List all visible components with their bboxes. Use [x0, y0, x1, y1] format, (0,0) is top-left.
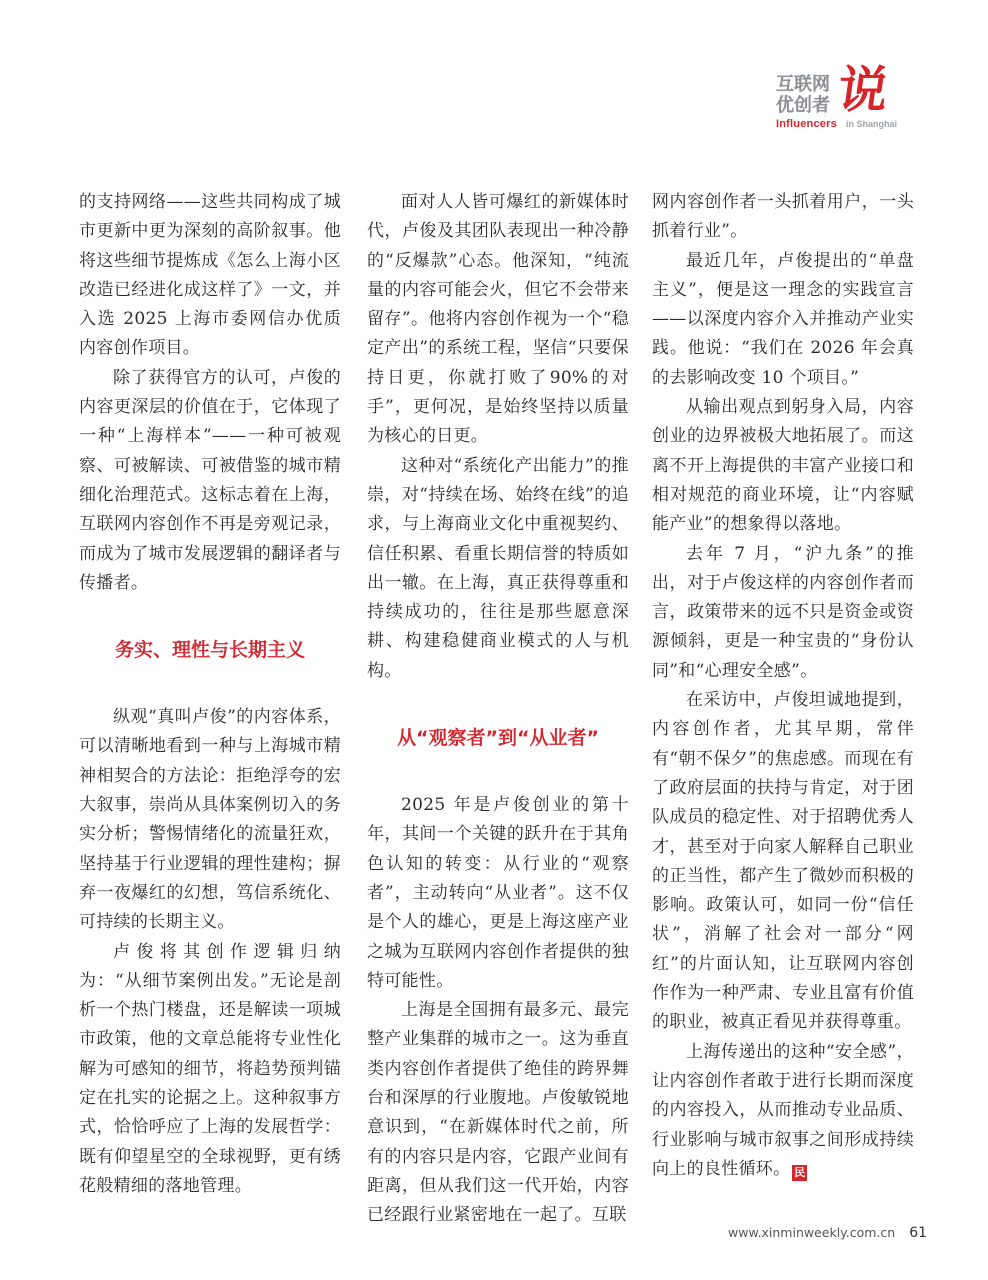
- paragraph-final-text: 上海传递出的这种“安全感”，让内容创作者敢于进行长期而深度的内容投入，从而推动专…: [652, 1042, 914, 1179]
- article-column-1: 的支持网络——这些共同构成了城市更新中更为深刻的高阶叙事。他将这些细节提炼成《怎…: [79, 188, 341, 1201]
- paragraph: 上海是全国拥有最多元、最完整产业集群的城市之一。这为垂直类内容创作者提供了绝佳的…: [367, 996, 629, 1230]
- logo-english-left: Influencers: [776, 118, 837, 130]
- section-heading: 务实、理性与长期主义: [79, 636, 341, 665]
- paragraph-final: 上海传递出的这种“安全感”，让内容创作者敢于进行长期而深度的内容投入，从而推动专…: [652, 1038, 914, 1184]
- paragraph: 卢俊将其创作逻辑归纳为：“从细节案例出发。”无论是剖析一个热门楼盘，还是解读一项…: [79, 938, 341, 1202]
- article-column-2: 面对人人皆可爆红的新媒体时代，卢俊及其团队表现出一种冷静的“反爆款”心态。他深知…: [367, 188, 629, 1231]
- paragraph: 面对人人皆可爆红的新媒体时代，卢俊及其团队表现出一种冷静的“反爆款”心态。他深知…: [367, 188, 629, 452]
- paragraph: 除了获得官方的认可，卢俊的内容更深层的价值在于，它体现了一种“上海样本”——一种…: [79, 364, 341, 598]
- page-footer: www.xinminweekly.com.cn61: [728, 1225, 927, 1241]
- logo-line-1: 互联网: [776, 74, 830, 95]
- logo-english-right: in Shanghai: [846, 119, 897, 129]
- logo-chinese-title: 互联网 优创者: [776, 74, 830, 116]
- paragraph: 网内容创作者一头抓着用户，一头抓着行业”。: [652, 188, 914, 247]
- paragraph: 最近几年，卢俊提出的“单盘主义”，便是这一理念的实践宣言——以深度内容介入并推动…: [652, 247, 914, 393]
- section-heading: 从“观察者”到“从业者”: [367, 724, 629, 753]
- paragraph: 这种对“系统化产出能力”的推崇，对“持续在场、始终在线”的追求，与上海商业文化中…: [367, 452, 629, 686]
- page-number: 61: [909, 1225, 927, 1241]
- paragraph: 2025 年是卢俊创业的第十年，其间一个关键的跃升在于其角色认知的转变：从行业的…: [367, 791, 629, 996]
- paragraph: 去年 7 月，“沪九条”的推出，对于卢俊这样的内容创作者而言，政策带来的远不只是…: [652, 540, 914, 686]
- paragraph: 的支持网络——这些共同构成了城市更新中更为深刻的高阶叙事。他将这些细节提炼成《怎…: [79, 188, 341, 364]
- end-mark-icon: 民: [792, 1165, 807, 1181]
- column-logo: 互联网 优创者 说 Influencers in Shanghai: [776, 72, 926, 136]
- footer-url: www.xinminweekly.com.cn: [728, 1225, 895, 1240]
- paragraph: 纵观“真叫卢俊”的内容体系，可以清晰地看到一种与上海城市精神相契合的方法论：拒绝…: [79, 703, 341, 937]
- logo-big-char: 说: [834, 62, 892, 118]
- article-column-3: 网内容创作者一头抓着用户，一头抓着行业”。 最近几年，卢俊提出的“单盘主义”，便…: [652, 188, 914, 1184]
- paragraph: 从输出观点到躬身入局，内容创业的边界被极大地拓展了。而这离不开上海提供的丰富产业…: [652, 393, 914, 539]
- paragraph: 在采访中，卢俊坦诚地提到，内容创作者，尤其早期，常伴有“朝不保夕”的焦虑感。而现…: [652, 686, 914, 1038]
- logo-line-2: 优创者: [776, 95, 830, 116]
